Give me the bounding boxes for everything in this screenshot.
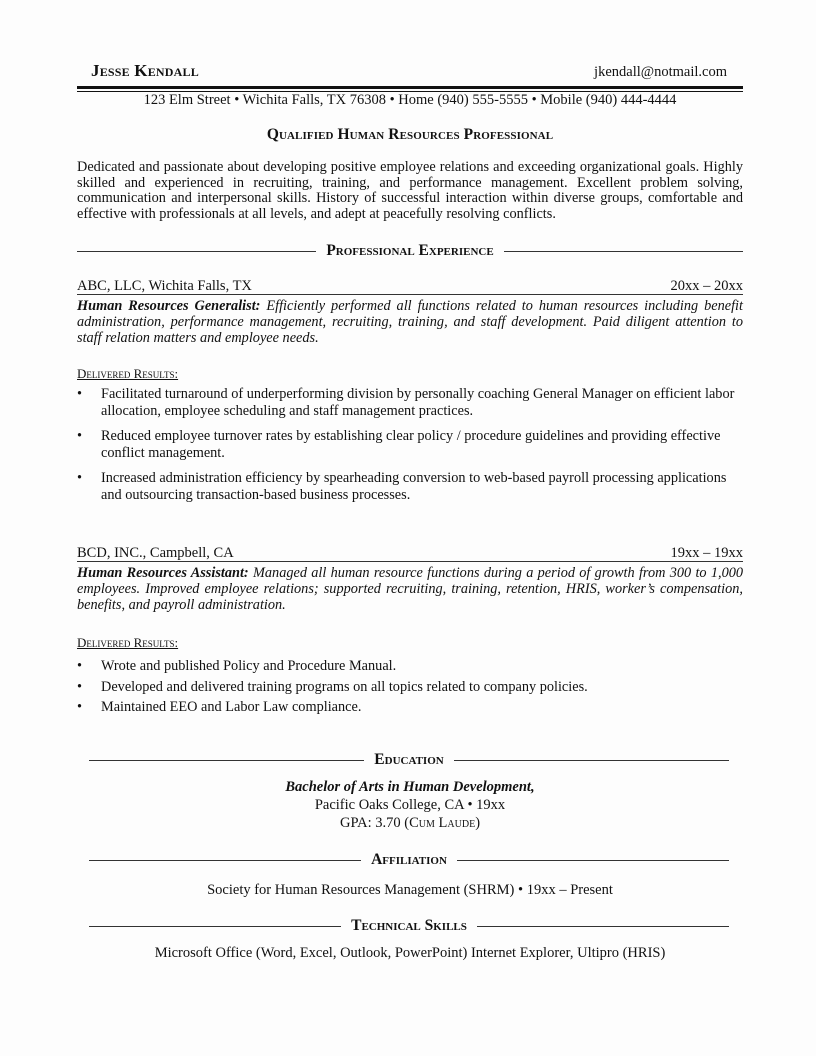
divider bbox=[89, 760, 364, 761]
divider bbox=[457, 860, 729, 861]
bullet-icon: • bbox=[77, 677, 82, 698]
list-item: •Facilitated turnaround of underperformi… bbox=[77, 386, 743, 419]
section-affiliation: Affiliation bbox=[89, 851, 729, 869]
job-description: Human Resources Assistant: Managed all h… bbox=[77, 565, 743, 614]
list-item: •Reduced employee turnover rates by esta… bbox=[77, 428, 743, 461]
list-item: •Increased administration efficiency by … bbox=[77, 470, 743, 503]
education-school: Pacific Oaks College, CA • 19xx bbox=[77, 797, 743, 814]
divider bbox=[454, 760, 729, 761]
section-heading: Technical Skills bbox=[351, 917, 467, 935]
resume-header: Jesse Kendall jkendall@notmail.com bbox=[77, 61, 743, 81]
results-label: Delivered Results: bbox=[77, 635, 178, 651]
section-technical-skills: Technical Skills bbox=[89, 917, 729, 935]
divider bbox=[504, 251, 743, 252]
job-company: BCD, INC., Campbell, CA bbox=[77, 545, 234, 561]
divider bbox=[477, 926, 729, 927]
job-title: Human Resources Assistant: bbox=[77, 565, 249, 581]
job-dates: 19xx – 19xx bbox=[671, 545, 744, 561]
results-list: •Facilitated turnaround of underperformi… bbox=[77, 386, 743, 503]
bullet-icon: • bbox=[77, 656, 82, 677]
job-header: BCD, INC., Campbell, CA 19xx – 19xx bbox=[77, 545, 743, 562]
candidate-email: jkendall@notmail.com bbox=[594, 64, 727, 81]
divider bbox=[89, 926, 341, 927]
bullet-icon: • bbox=[77, 428, 82, 445]
education-degree: Bachelor of Arts in Human Development, bbox=[77, 779, 743, 796]
contact-line: 123 Elm Street • Wichita Falls, TX 76308… bbox=[77, 92, 743, 109]
affiliation-text: Society for Human Resources Management (… bbox=[77, 882, 743, 899]
job-dates: 20xx – 20xx bbox=[671, 278, 744, 294]
divider bbox=[89, 860, 361, 861]
candidate-name: Jesse Kendall bbox=[91, 61, 199, 81]
bullet-icon: • bbox=[77, 386, 82, 403]
list-item: •Wrote and published Policy and Procedur… bbox=[77, 656, 743, 677]
section-heading: Professional Experience bbox=[326, 242, 493, 260]
job-company: ABC, LLC, Wichita Falls, TX bbox=[77, 278, 252, 294]
bullet-icon: • bbox=[77, 697, 82, 718]
list-item: •Developed and delivered training progra… bbox=[77, 677, 743, 698]
skills-text: Microsoft Office (Word, Excel, Outlook, … bbox=[77, 945, 743, 962]
education-honors: Cum Laude bbox=[409, 815, 475, 831]
education-gpa: GPA: 3.70 (Cum Laude) bbox=[77, 815, 743, 832]
section-professional-experience: Professional Experience bbox=[77, 242, 743, 260]
bullet-icon: • bbox=[77, 470, 82, 487]
summary-paragraph: Dedicated and passionate about developin… bbox=[77, 160, 743, 222]
divider bbox=[77, 251, 316, 252]
results-list: •Wrote and published Policy and Procedur… bbox=[77, 656, 743, 718]
list-item: •Maintained EEO and Labor Law compliance… bbox=[77, 697, 743, 718]
headline: Qualified Human Resources Professional bbox=[77, 126, 743, 144]
job-header: ABC, LLC, Wichita Falls, TX 20xx – 20xx bbox=[77, 278, 743, 295]
section-heading: Affiliation bbox=[371, 851, 447, 869]
results-label: Delivered Results: bbox=[77, 366, 178, 382]
section-heading: Education bbox=[374, 751, 443, 769]
section-education: Education bbox=[89, 751, 729, 769]
job-description: Human Resources Generalist: Efficiently … bbox=[77, 298, 743, 347]
job-title: Human Resources Generalist: bbox=[77, 298, 260, 314]
